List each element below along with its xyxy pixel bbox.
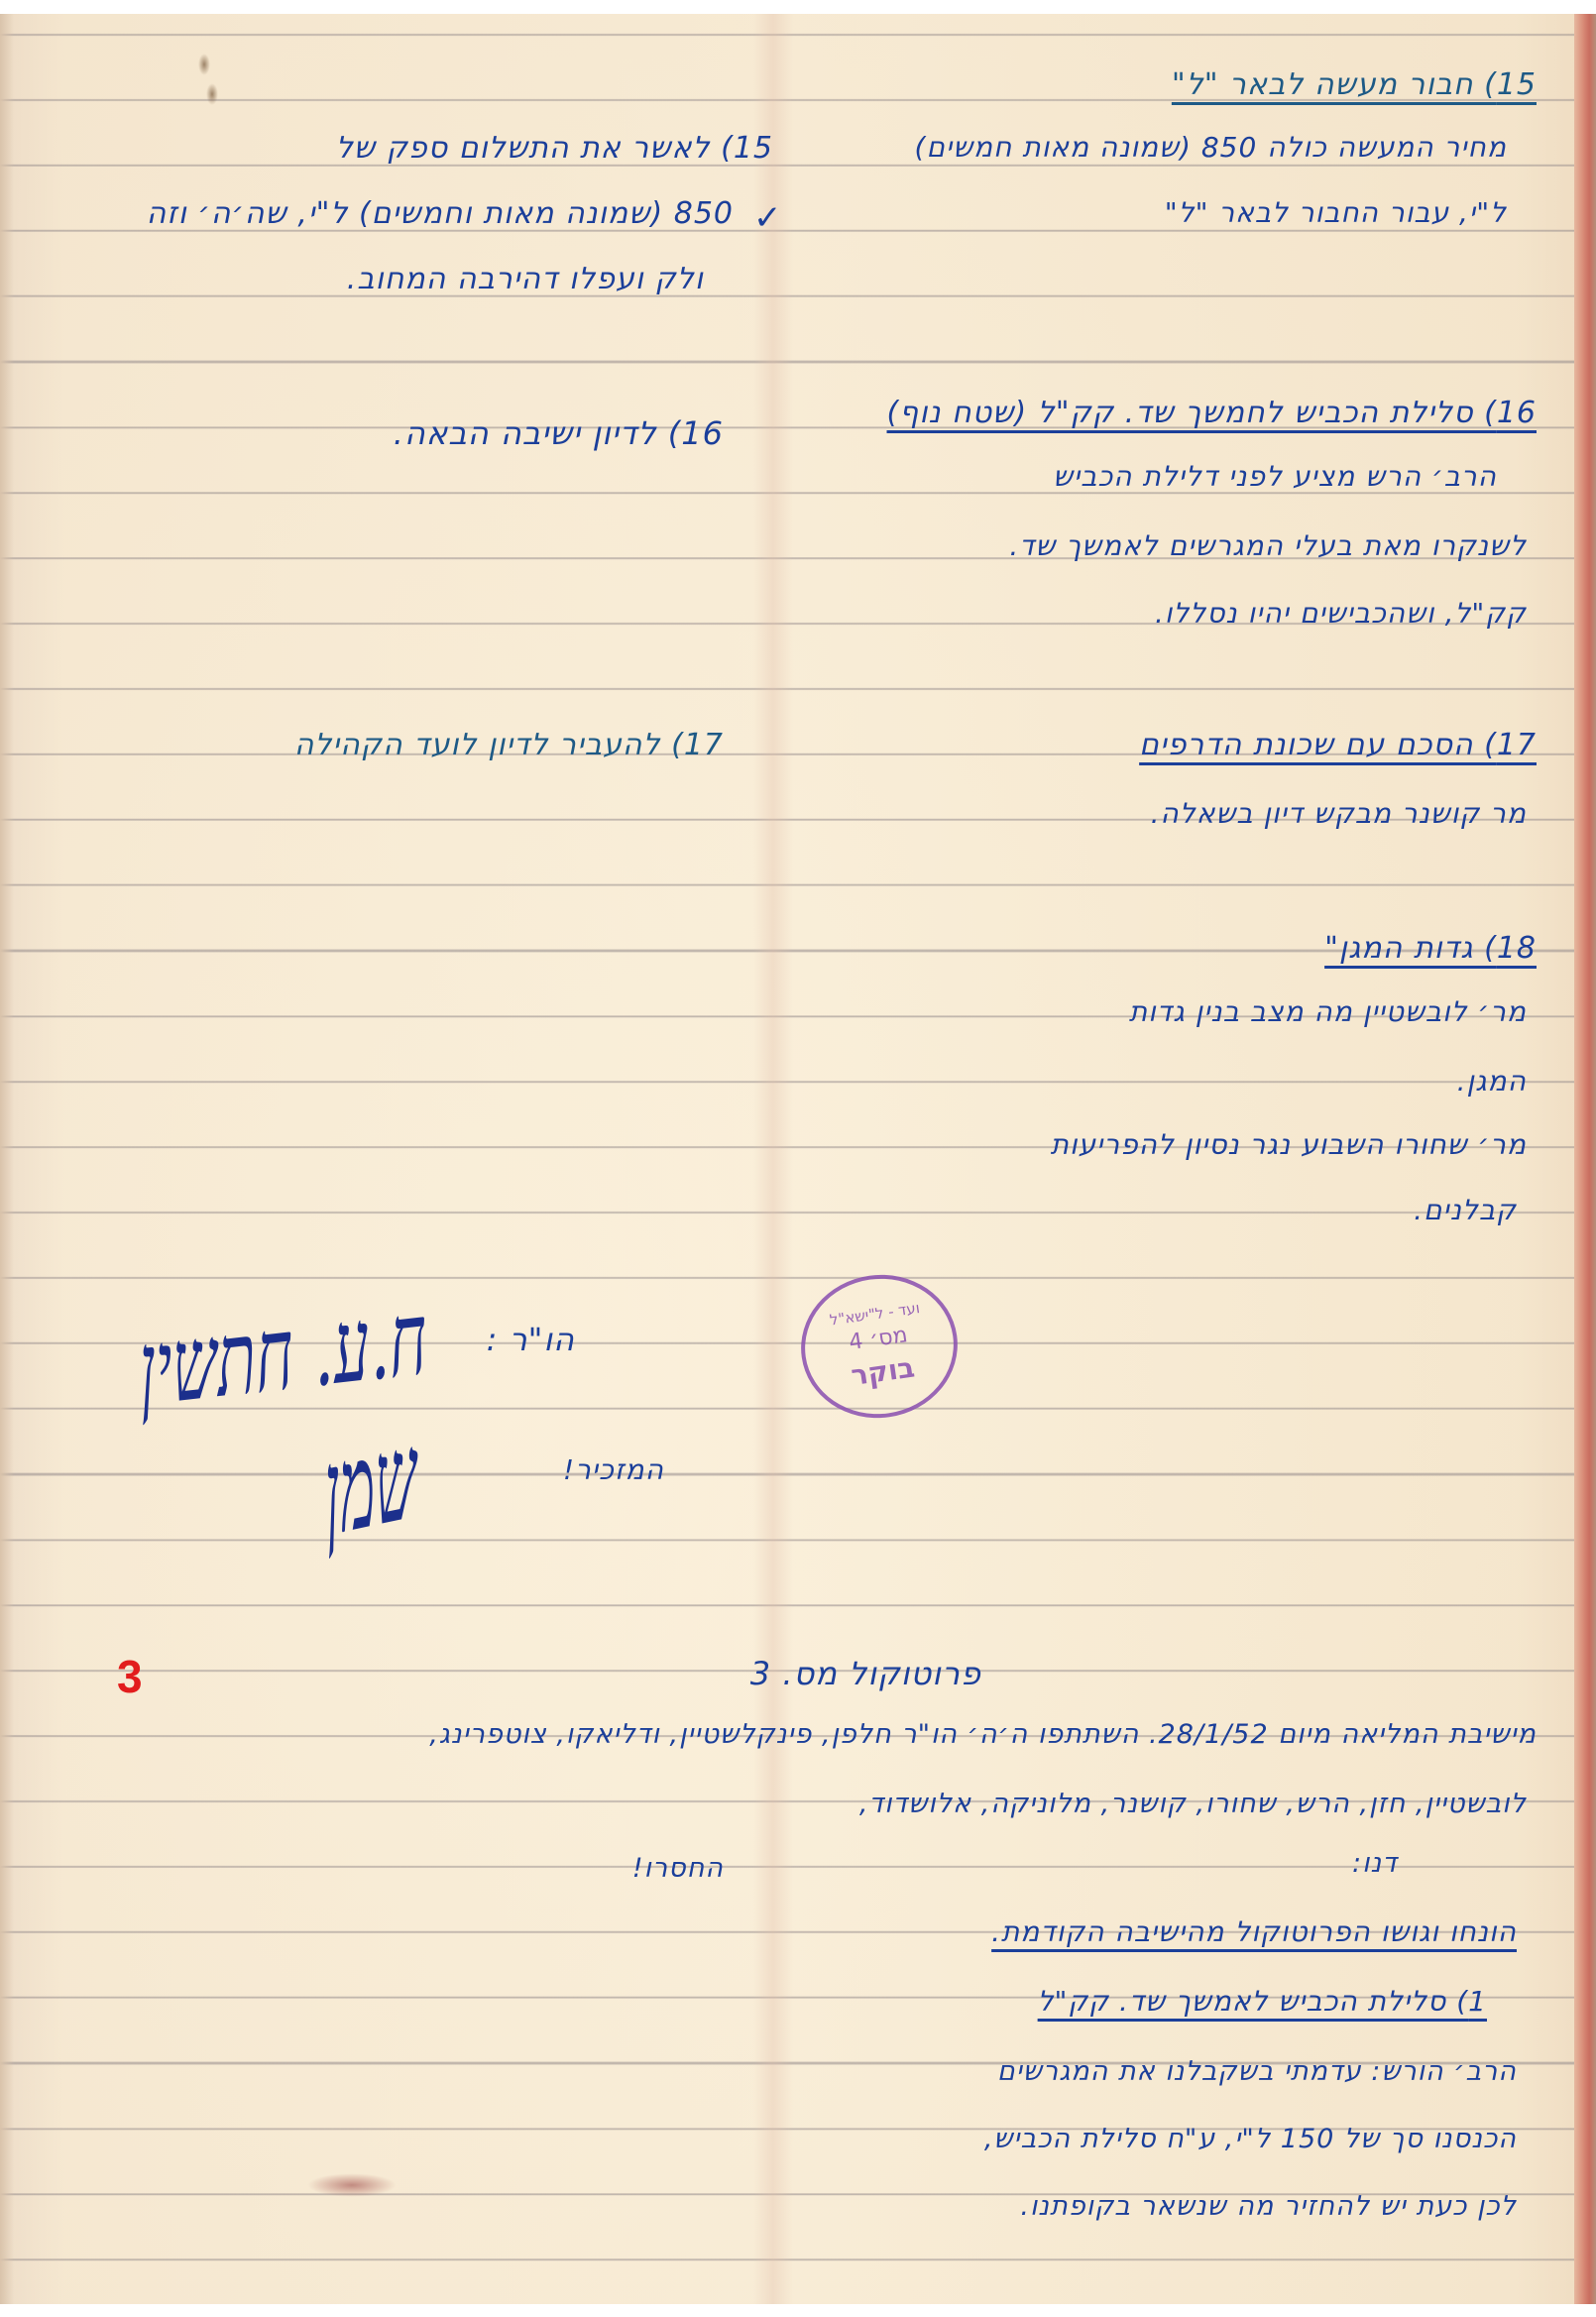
decision-16: 16) לדיון ישיבה הבאה. (394, 414, 724, 452)
item-18-line-4: קבלנים. (1414, 1194, 1517, 1226)
paper-damage-mark (198, 54, 210, 75)
paper-damage-mark (206, 83, 218, 105)
decision-17: 17) להעביר לדיון לועד הקהילה (294, 728, 724, 762)
item-16-line-3: קק"ל, ושהכבישים יהיו נסללו. (1155, 597, 1527, 630)
item-17-line-1: מר קושנר מבקש דיון בשאלה. (1151, 797, 1527, 830)
item-16-line-2: לשנקרו מאת בעלי המגרשים לאמשך שד. (1009, 529, 1527, 562)
protocol-3-previous-minutes: הונחו וגושו הפרוטוקול מהישיבה הקודמת. (991, 1915, 1517, 1948)
item-15-line-2: ל"י, עבור החבור לבאר "ל" (1165, 196, 1507, 229)
item-16-title: 16) סלילת הכביש לחמשך שד. קק"ל (שטח נוף) (887, 396, 1537, 430)
stamp-top-text: ועד - ל"ישא"ל (829, 1299, 921, 1330)
item-15-line-1: מחיר המעשה כולה 850 (שמונה מאות חמשים) (915, 131, 1507, 164)
page-marker-number: 3 (117, 1650, 143, 1703)
protocol-3-line-2: לובשטיין, חזן, הרש, שחורו, קושנר, מלוניק… (859, 1789, 1527, 1819)
protocol-3-heading: פרוטוקול מס. 3 (750, 1655, 981, 1692)
stamp-number: מס׳ 4 (848, 1323, 909, 1355)
item-18-title: 18) גדות המגן" (1324, 931, 1537, 966)
decision-15-line-3: ולק ועפלו דהירבה המחוב. (347, 262, 704, 296)
page-right-edge (1574, 14, 1596, 2304)
protocol-3-absent-label: החסרו! (632, 1853, 724, 1884)
stamp-bottom-text: בוקר (849, 1350, 916, 1392)
page-fold (753, 14, 793, 2304)
protocol-3-discussed-label: דנו: (1352, 1848, 1398, 1879)
item-18-line-1: מר׳ לובשטיין מה מצב בנין גדות (1129, 995, 1527, 1028)
protocol-3-line-1: מישיבת המליאה מיום 28/1/52. השתתפו ה׳ה׳ … (429, 1719, 1537, 1750)
page-left-edge (0, 14, 14, 2304)
chair-label: הו"ר : (487, 1321, 575, 1358)
notebook-page: 15) חבור מעשה לבאר "ל" מחיר המעשה כולה 8… (0, 14, 1596, 2304)
decision-15-line-1: 15) לאשר את התשלום ספק של (336, 131, 773, 166)
decision-15-line-2: 850 (שמונה מאות וחמשים) ל"י, שה׳ה׳ וזה (147, 196, 734, 231)
secretary-signature: שמן (321, 1407, 420, 1564)
protocol-3-item-1-line-3: לכן כעת יש להחזיר מה שנשאר בקופתנו. (1020, 2191, 1517, 2222)
item-18-line-2: המגן. (1457, 1065, 1527, 1098)
protocol-3-item-1-title: 1) סלילת הכביש לאמשך שד. קק"ל (1038, 1985, 1487, 2018)
item-17-title: 17) הסכם עם שכונת הדרפים (1139, 728, 1537, 762)
checkmark-icon: ✓ (753, 198, 782, 238)
item-18-line-3: מר׳ שחורו השבוע נגר נסיון להפריעות (1051, 1128, 1527, 1161)
ink-stain (307, 2173, 397, 2197)
protocol-3-item-1-line-2: הכנסנו סך של 150 ל"י, ע"ח סלילת הכביש, (984, 2124, 1517, 2154)
secretary-label: המזכיר! (563, 1453, 664, 1486)
item-16-line-1: הרב׳ הרש מציע לפני דלילת הכביש (1053, 460, 1497, 493)
protocol-3-item-1-line-1: הרב׳ הורש: עדמתי בשקבלנו את המגרשים (997, 2056, 1517, 2087)
item-15-title: 15) חבור מעשה לבאר "ל" (1172, 67, 1537, 102)
